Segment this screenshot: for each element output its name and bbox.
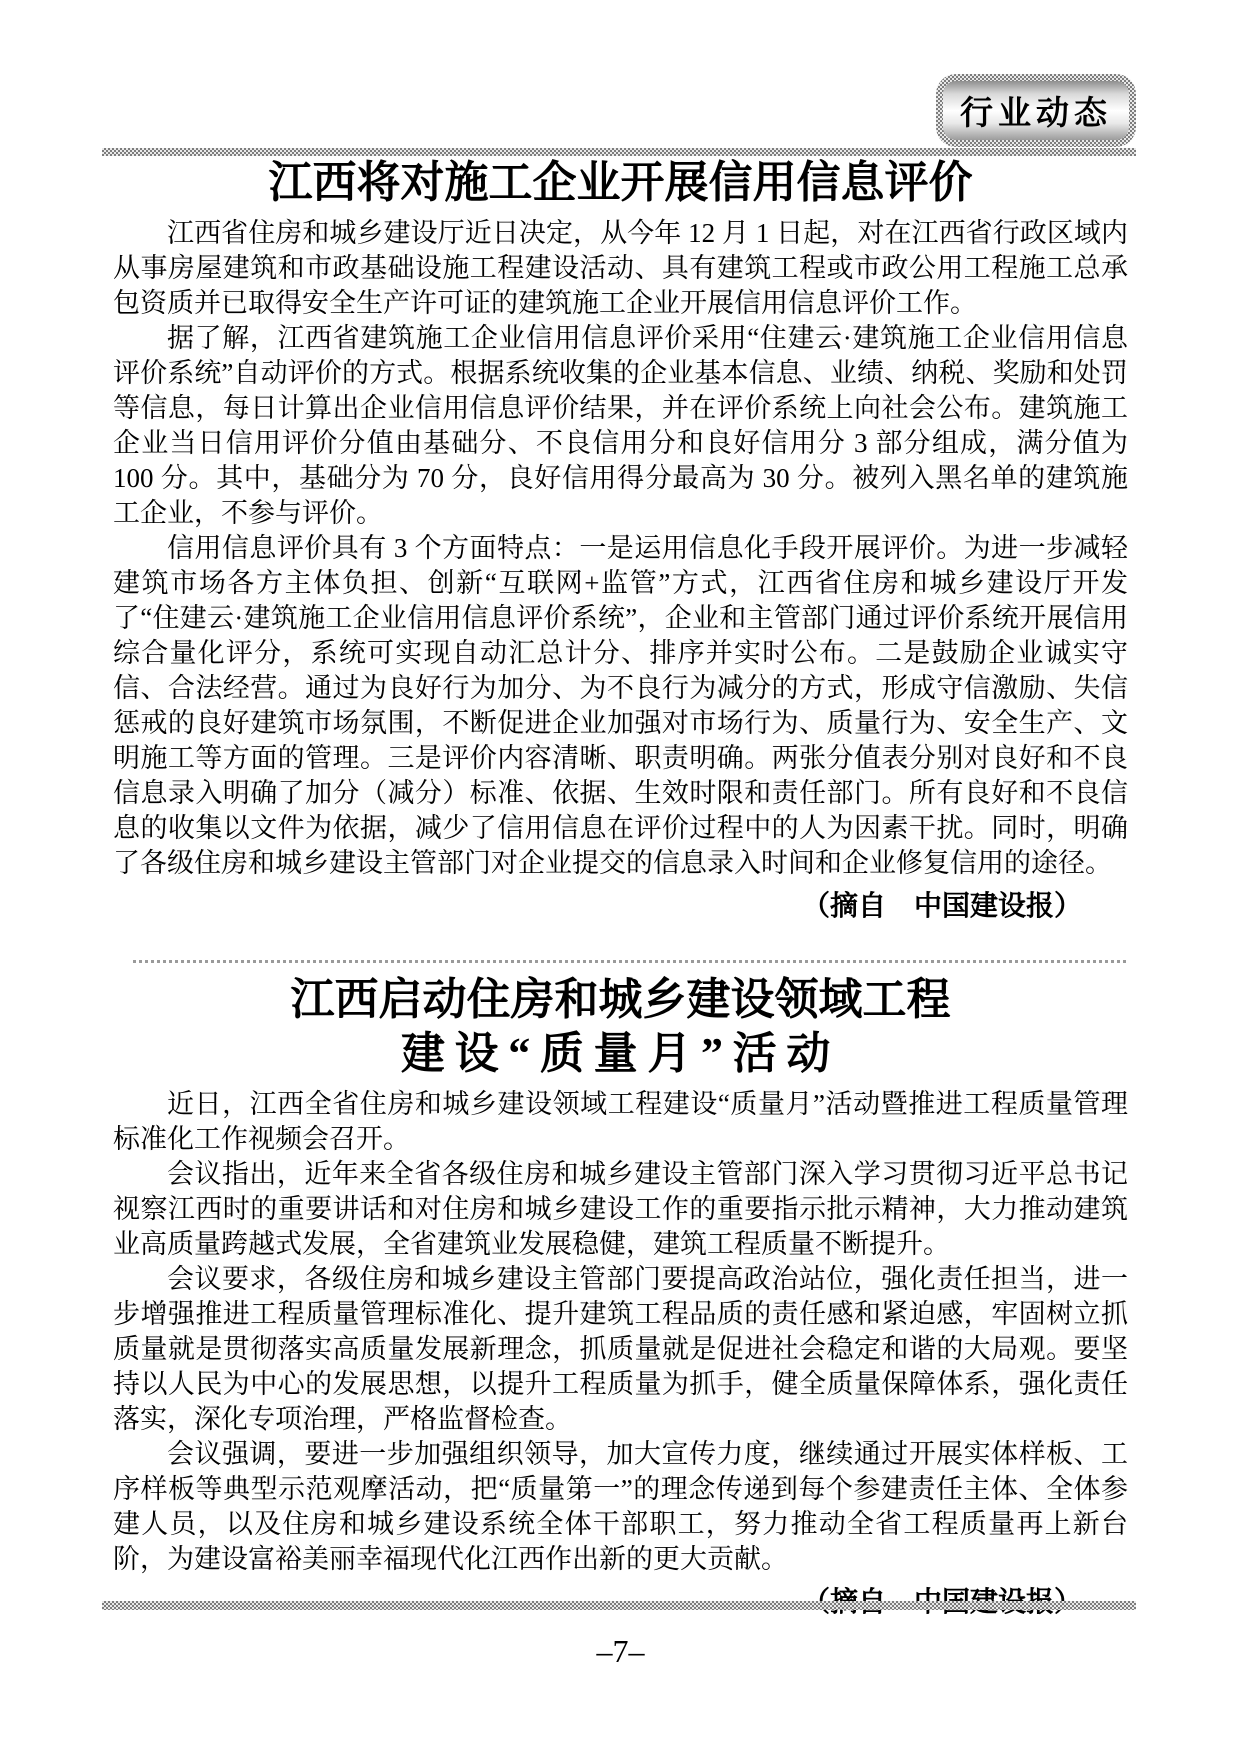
article-credit-evaluation: 江西将对施工企业开展信用信息评价 江西省住房和城乡建设厅近日决定，从今年 12 … (113, 156, 1128, 924)
article-1-paragraph-2: 据了解，江西省建筑施工企业信用信息评价采用“住建云·建筑施工企业信用信息评价系统… (113, 321, 1128, 531)
article-quality-month: 江西启动住房和城乡建设领域工程 建设“质量月”活动 近日，江西全省住房和城乡建设… (113, 973, 1128, 1620)
article-2-paragraph-3: 会议要求，各级住房和城乡建设主管部门要提高政治站位，强化责任担当，进一步增强推进… (113, 1262, 1128, 1437)
article-1-paragraph-3: 信用信息评价具有 3 个方面特点：一是运用信息化手段开展评价。为进一步减轻建筑市… (113, 531, 1128, 881)
document-page: 行业动态 江西将对施工企业开展信用信息评价 江西省住房和城乡建设厅近日决定，从今… (0, 0, 1241, 1754)
article-2-title-line-2: 建设“质量月”活动 (401, 1029, 840, 1078)
footer-rule (102, 1601, 1136, 1610)
article-1-attribution: （摘自 中国建设报） (113, 889, 1128, 924)
article-2-title: 江西启动住房和城乡建设领域工程 建设“质量月”活动 (113, 973, 1128, 1081)
article-separator (133, 960, 1128, 963)
article-2-paragraph-4: 会议强调，要进一步加强组织领导，加大宣传力度，继续通过开展实体样板、工序样板等典… (113, 1437, 1128, 1577)
page-number: –7– (0, 1633, 1241, 1670)
section-badge-label: 行业动态 (960, 87, 1112, 134)
article-2-paragraph-1: 近日，江西全省住房和城乡建设领域工程建设“质量月”活动暨推进工程质量管理标准化工… (113, 1087, 1128, 1157)
header-rule (102, 148, 1136, 156)
article-2-paragraph-2: 会议指出，近年来全省各级住房和城乡建设主管部门深入学习贯彻习近平总书记视察江西时… (113, 1157, 1128, 1262)
article-1-title-text: 江西将对施工企业开展信用信息评价 (269, 158, 973, 207)
article-1-body: 江西省住房和城乡建设厅近日决定，从今年 12 月 1 日起，对在江西省行政区域内… (113, 216, 1128, 881)
section-badge: 行业动态 (936, 74, 1136, 147)
article-1-title: 江西将对施工企业开展信用信息评价 (113, 156, 1128, 210)
article-2-title-line-1: 江西启动住房和城乡建设领域工程 (291, 975, 951, 1024)
page-content: 江西将对施工企业开展信用信息评价 江西省住房和城乡建设厅近日决定，从今年 12 … (113, 156, 1128, 1620)
article-2-body: 近日，江西全省住房和城乡建设领域工程建设“质量月”活动暨推进工程质量管理标准化工… (113, 1087, 1128, 1577)
article-1-paragraph-1: 江西省住房和城乡建设厅近日决定，从今年 12 月 1 日起，对在江西省行政区域内… (113, 216, 1128, 321)
section-badge-face: 行业动态 (943, 81, 1129, 140)
